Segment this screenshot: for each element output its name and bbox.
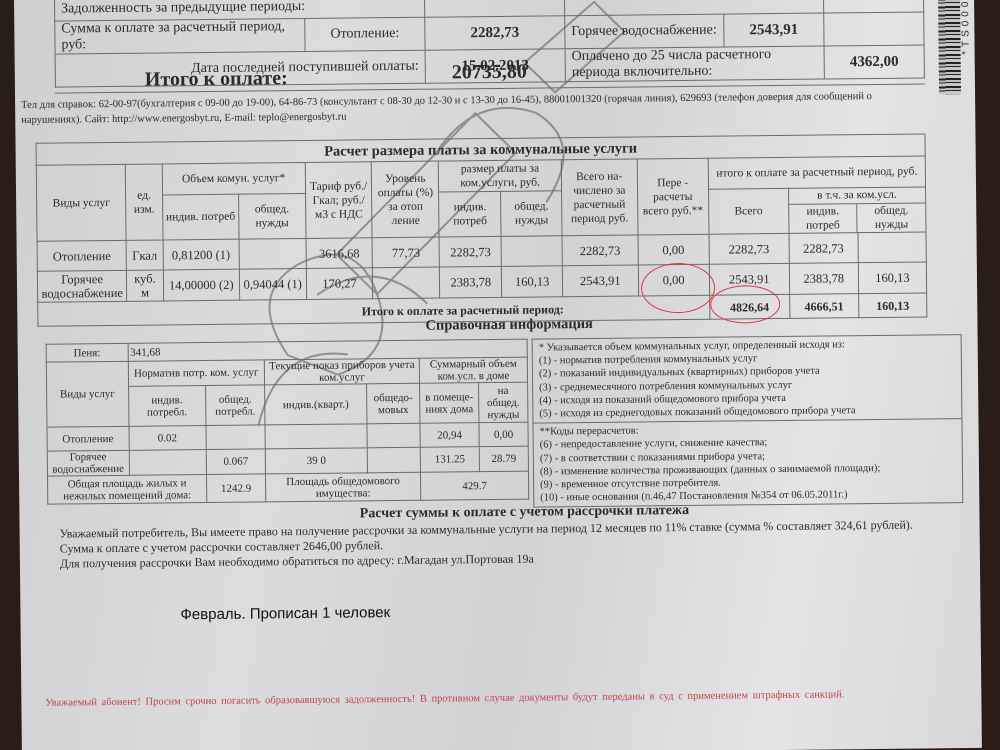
contacts-text: Тел для справок: 62-00-97(бухгалтерия с …: [21, 89, 901, 128]
barcode-bars: [938, 0, 961, 94]
col-total-common: общед. нужды: [858, 203, 926, 232]
col-accrued: Всего на-числено за расчетный период руб…: [561, 159, 637, 236]
installment-section: Расчет суммы к оплате с учетом рассрочки…: [59, 500, 990, 572]
total-highlighted-cell: 4826,64: [710, 294, 790, 319]
heating-value: 2282,73: [425, 16, 565, 50]
penalty-label: Пеня:: [46, 343, 128, 362]
col-unit: ед. изм.: [126, 164, 163, 240]
col-total-indiv: индив. потреб: [789, 204, 858, 233]
col-recalc: Пере - расчеты всего руб.**: [637, 158, 709, 235]
hot-water-label: Горячее водоснабжение:: [565, 14, 724, 49]
col-fee-indiv: индив. потреб: [439, 191, 501, 237]
col-volume: Объем комун. услуг*: [162, 162, 305, 194]
recalc-highlighted-cell: 0,00: [638, 264, 710, 296]
col-vol-common: общед. нужды: [238, 193, 305, 239]
common-area-value: 429.7: [420, 471, 528, 500]
barcode: *TS0001: [930, 0, 971, 98]
col-pay-level: Уровень оплаты (%) за отоп ление: [372, 161, 440, 238]
caption-annotation: Февраль. Прописан 1 человек: [180, 604, 390, 623]
period-label: Сумма к оплате за расчетный период, руб:: [55, 18, 305, 54]
col-total-period: итого к оплате за расчетный период, руб.: [708, 156, 925, 189]
col-fee-size: размер платы за ком.услуги, руб.: [439, 160, 562, 192]
grand-total-label: Итого к оплате:: [145, 67, 288, 91]
common-area-label: Площадь общедомового имущества:: [266, 472, 421, 502]
area-value: 1242.9: [206, 474, 265, 503]
col-service: Виды услуг: [36, 164, 126, 241]
heating-label: Отопление:: [305, 17, 425, 51]
utility-bill-sheet: Задолженность за предыдущие периоды: Сум…: [14, 0, 982, 750]
col-fee-common: общед. нужды: [501, 191, 562, 237]
area-label: Общая площадь жилых и нежилых помещений …: [48, 475, 207, 505]
col-tariff: Тариф руб./Гкал; руб./м3 с НДС: [305, 162, 373, 239]
debt-warning: Уважаемый абонент! Просим срочно погасит…: [45, 686, 995, 712]
footnotes: * Указывается объем коммунальных услуг, …: [532, 334, 964, 508]
col-vol-indiv: индив. потреб: [162, 194, 239, 240]
col-total: Всего: [708, 188, 788, 234]
reference-title: Справочная информация: [425, 316, 593, 335]
volume-notes: * Указывается объем коммунальных услуг, …: [533, 335, 962, 423]
col-incl: в т.ч. за ком.усл.: [789, 187, 926, 204]
grand-total-value: 20735,80: [452, 61, 527, 85]
hot-water-value: 2543,91: [724, 13, 824, 47]
barcode-text: *TS0001: [960, 0, 971, 55]
reference-table: Пеня: 341,68 Виды услуг Норматив потр. к…: [46, 339, 530, 505]
charges-table: Расчет размера платы за коммунальные усл…: [36, 133, 928, 326]
recalc-notes: **Коды перерасчетов: (6) - непредоставле…: [533, 418, 962, 507]
